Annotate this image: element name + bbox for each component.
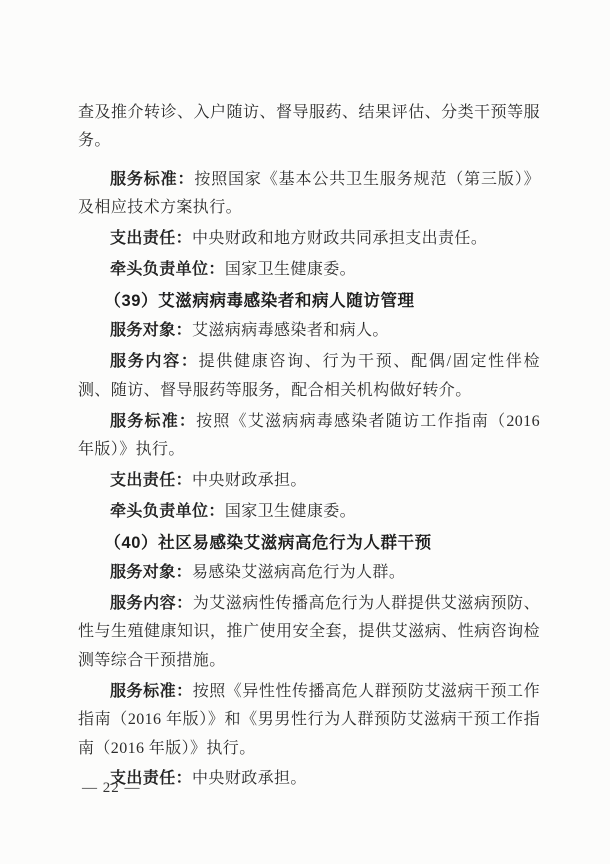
paragraph-label: 服务标准： bbox=[110, 171, 194, 188]
document-content: 查及推介转诊、入户随访、督导服药、结果评估、分类干预等服务。 服务标准：按照国家… bbox=[78, 99, 540, 796]
paragraph-expenditure: 支出责任：中央财政承担。 bbox=[78, 765, 540, 793]
paragraph-text: 中央财政承担。 bbox=[192, 472, 307, 489]
paragraph-label: 服务标准： bbox=[110, 413, 196, 430]
paragraph-service-content: 服务内容：为艾滋病性传播高危行为人群提供艾滋病预防、性与生殖健康知识，推广使用安… bbox=[78, 590, 540, 675]
paragraph-label: 牵头负责单位： bbox=[110, 261, 225, 278]
paragraph-label: 服务对象： bbox=[110, 322, 192, 339]
paragraph-service-target: 服务对象：艾滋病病毒感染者和病人。 bbox=[78, 317, 540, 345]
paragraph-text: 中央财政承担。 bbox=[192, 770, 307, 787]
paragraph-label: 服务标准： bbox=[110, 683, 193, 700]
paragraph-expenditure: 支出责任：中央财政承担。 bbox=[78, 467, 540, 495]
paragraph-service-standard: 服务标准：按照《艾滋病病毒感染者随访工作指南（2016 年版）》执行。 bbox=[78, 408, 540, 465]
paragraph-label: 支出责任： bbox=[110, 230, 192, 247]
paragraph-text: 国家卫生健康委。 bbox=[225, 261, 356, 278]
paragraph-label: 支出责任： bbox=[110, 472, 192, 489]
paragraph-service-standard: 服务标准：按照《异性性传播高危人群预防艾滋病干预工作指南（2016 年版）》和《… bbox=[78, 678, 540, 763]
paragraph-label: 服务内容： bbox=[110, 595, 193, 612]
section-heading-40: （40）社区易感染艾滋病高危行为人群干预 bbox=[78, 529, 540, 557]
document-page: 查及推介转诊、入户随访、督导服药、结果评估、分类干预等服务。 服务标准：按照国家… bbox=[0, 0, 610, 864]
paragraph-label: 牵头负责单位： bbox=[110, 503, 225, 520]
paragraph-service-content: 服务内容：提供健康咨询、行为干预、配偶/固定性伴检测、随访、督导服药等服务，配合… bbox=[78, 348, 540, 405]
paragraph-expenditure: 支出责任：中央财政和地方财政共同承担支出责任。 bbox=[78, 225, 540, 253]
paragraph-continuation: 查及推介转诊、入户随访、督导服药、结果评估、分类干预等服务。 bbox=[78, 99, 540, 156]
paragraph-service-standard: 服务标准：按照国家《基本公共卫生服务规范（第三版）》及相应技术方案执行。 bbox=[78, 166, 540, 223]
paragraph-text: 中央财政和地方财政共同承担支出责任。 bbox=[192, 230, 487, 247]
paragraph-label: 服务内容： bbox=[110, 353, 199, 370]
page-number: — 22 — bbox=[82, 780, 141, 797]
paragraph-text: 查及推介转诊、入户随访、督导服药、结果评估、分类干预等服务。 bbox=[78, 104, 540, 149]
paragraph-text: 国家卫生健康委。 bbox=[225, 503, 356, 520]
paragraph-text: 艾滋病病毒感染者和病人。 bbox=[192, 322, 389, 339]
section-heading-39: （39）艾滋病病毒感染者和病人随访管理 bbox=[78, 287, 540, 315]
paragraph-label: 服务对象： bbox=[110, 564, 192, 581]
paragraph-service-target: 服务对象：易感染艾滋病高危行为人群。 bbox=[78, 559, 540, 587]
paragraph-text: 易感染艾滋病高危行为人群。 bbox=[192, 564, 405, 581]
paragraph-lead-unit: 牵头负责单位：国家卫生健康委。 bbox=[78, 256, 540, 284]
paragraph-lead-unit: 牵头负责单位：国家卫生健康委。 bbox=[78, 498, 540, 526]
